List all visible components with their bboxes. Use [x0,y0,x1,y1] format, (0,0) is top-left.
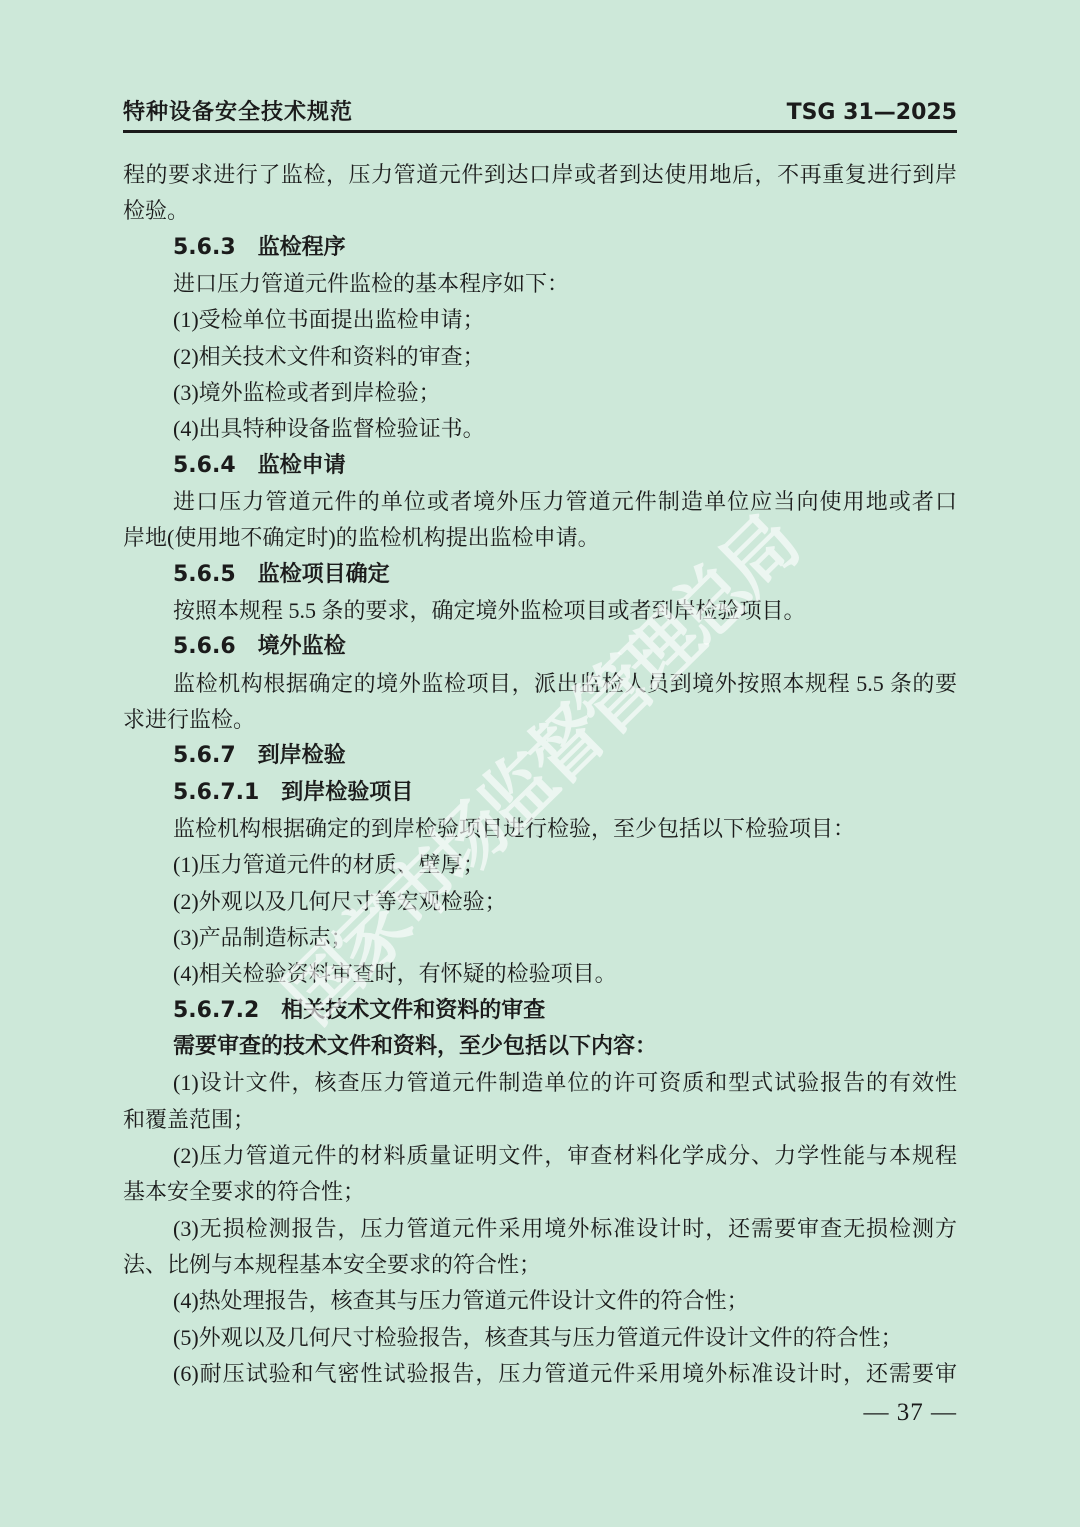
header-title: 特种设备安全技术规范 [123,100,353,126]
text-line: 需要审查的技术文件和资料，至少包括以下内容： [123,1029,957,1065]
text-line: (3)境外监检或者到岸检验； [123,375,957,411]
text-line: (3)产品制造标志； [123,920,957,956]
text-line: 岸地(使用地不确定时)的监检机构提出监检申请。 [123,520,957,556]
text-line: (3)无损检测报告，压力管道元件采用境外标准设计时，还需要审查无损检测方 [123,1211,957,1247]
text-line: 5.6.3 监检程序 [123,230,957,266]
header-rule [123,130,957,133]
text-line: 5.6.7.2 相关技术文件和资料的审查 [123,993,957,1029]
text-line: (1)设计文件，核查压力管道元件制造单位的许可资质和型式试验报告的有效性 [123,1065,957,1101]
text-line: (4)热处理报告，核查其与压力管道元件设计文件的符合性； [123,1283,957,1319]
text-line: 监检机构根据确定的境外监检项目，派出监检人员到境外按照本规程 5.5 条的要 [123,666,957,702]
text-line: (1)受检单位书面提出监检申请； [123,302,957,338]
text-line: (5)外观以及几何尺寸检验报告，核查其与压力管道元件设计文件的符合性； [123,1320,957,1356]
text-line: 和覆盖范围； [123,1102,957,1138]
text-line: 5.6.7 到岸检验 [123,738,957,774]
text-line: (2)外观以及几何尺寸等宏观检验； [123,884,957,920]
document-page: 特种设备安全技术规范 TSG 31—2025 程的要求进行了监检，压力管道元件到… [0,0,1080,1527]
text-line: 进口压力管道元件监检的基本程序如下： [123,266,957,302]
text-line: 法、比例与本规程基本安全要求的符合性； [123,1247,957,1283]
text-line: 进口压力管道元件的单位或者境外压力管道元件制造单位应当向使用地或者口 [123,484,957,520]
text-line: 基本安全要求的符合性； [123,1174,957,1210]
text-line: 5.6.6 境外监检 [123,629,957,665]
text-line: (4)相关检验资料审查时，有怀疑的检验项目。 [123,956,957,992]
text-line: (2)相关技术文件和资料的审查； [123,339,957,375]
text-line: (2)压力管道元件的材料质量证明文件，审查材料化学成分、力学性能与本规程 [123,1138,957,1174]
text-line: 按照本规程 5.5 条的要求，确定境外监检项目或者到岸检验项目。 [123,593,957,629]
text-line: (6)耐压试验和气密性试验报告，压力管道元件采用境外标准设计时，还需要审 [123,1356,957,1392]
text-line: 程的要求进行了监检，压力管道元件到达口岸或者到达使用地后，不再重复进行到岸 [123,157,957,193]
header-doc-number: TSG 31—2025 [787,100,957,126]
text-line: 检验。 [123,193,957,229]
text-line: (4)出具特种设备监督检验证书。 [123,411,957,447]
text-line: (1)压力管道元件的材质、壁厚； [123,847,957,883]
text-line: 监检机构根据确定的到岸检验项目进行检验，至少包括以下检验项目： [123,811,957,847]
text-line: 5.6.4 监检申请 [123,448,957,484]
text-line: 5.6.7.1 到岸检验项目 [123,775,957,811]
text-line: 5.6.5 监检项目确定 [123,557,957,593]
page-number: — 37 — [864,1398,958,1428]
text-line: 求进行监检。 [123,702,957,738]
document-body: 程的要求进行了监检，压力管道元件到达口岸或者到达使用地后，不再重复进行到岸检验。… [123,157,957,1392]
